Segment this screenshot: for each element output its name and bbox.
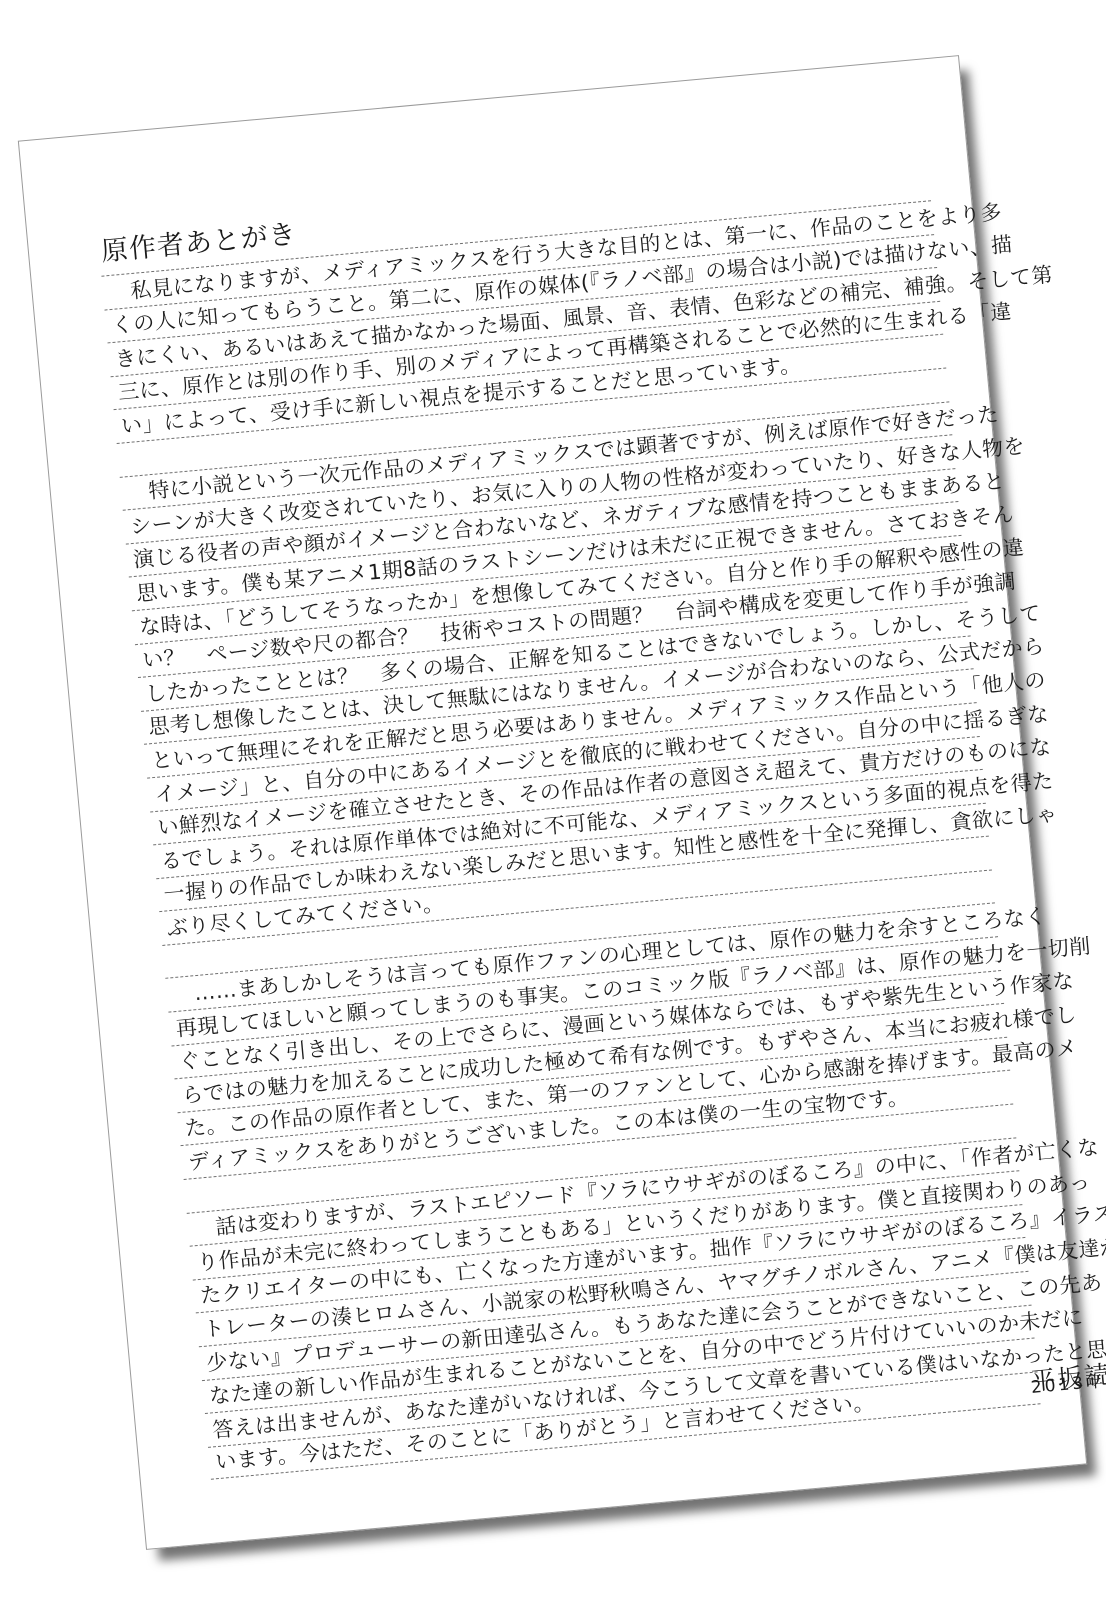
page-content: 原作者あとがき 私見になりますが、メディアミックスを行う大きな目的とは、第一に、… (97, 154, 1040, 1480)
text-body: 私見になりますが、メディアミックスを行う大きな目的とは、第一に、作品のことをより… (101, 200, 1040, 1480)
afterword-page: 原作者あとがき 私見になりますが、メディアミックスを行う大きな目的とは、第一に、… (18, 55, 1087, 1550)
signature-author: 平坂読 (1029, 1355, 1106, 1398)
